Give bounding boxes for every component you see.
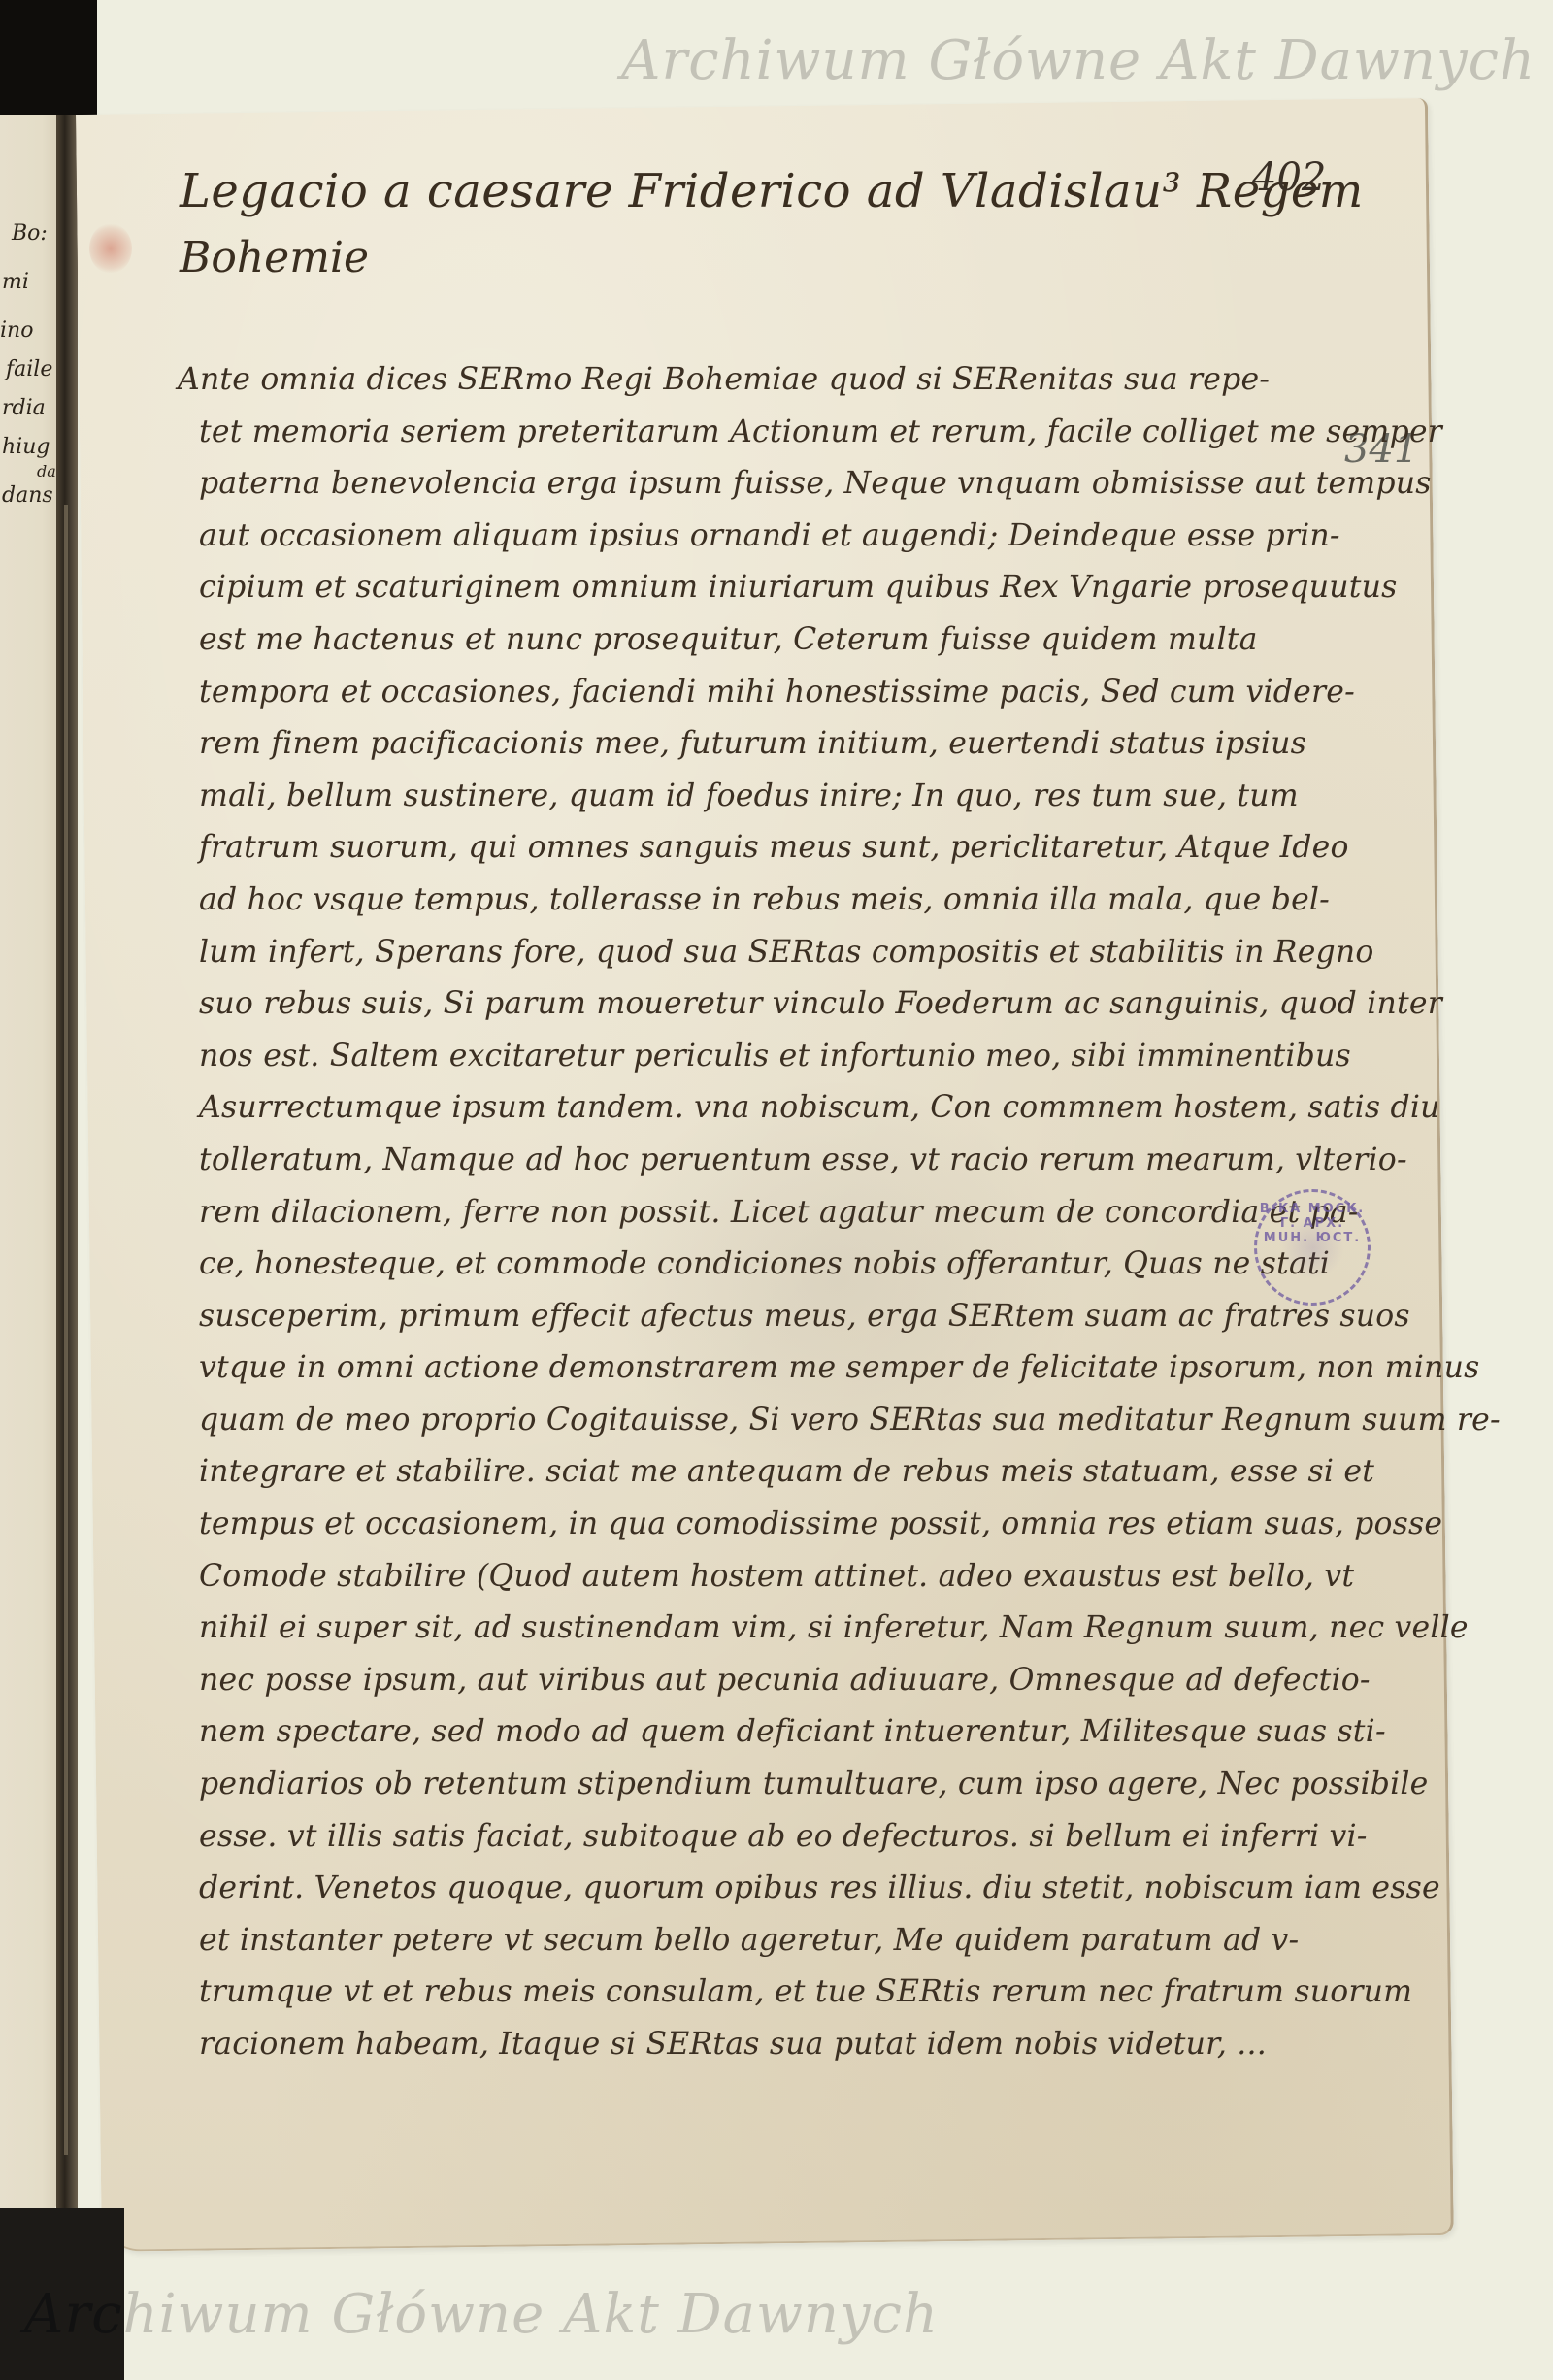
text-line: derint. Venetos quoque, quorum opibus re… (199, 1863, 1267, 1915)
text-line: nos est. Saltem excitaretur periculis et… (199, 1031, 1267, 1083)
text-line: vtque in omni actione demonstrarem me se… (199, 1342, 1267, 1395)
text-line: nec posse ipsum, aut viribus aut pecunia… (199, 1655, 1267, 1707)
text-line: nem spectare, sed modo ad quem deficiant… (199, 1706, 1267, 1759)
margin-fragment: mi (2, 270, 29, 294)
text-line: susceperim, primum effecit afectus meus,… (199, 1291, 1267, 1343)
text-line: pendiarios ob retentum stipendium tumult… (199, 1759, 1267, 1811)
text-line: paterna benevolencia erga ipsum fuisse, … (199, 458, 1267, 511)
stamp-emblem (1281, 1216, 1344, 1279)
text-line: est me hactenus et nunc prosequitur, Cet… (199, 614, 1267, 667)
text-line: Ante omnia dices SERmo Regi Bohemiae quo… (178, 354, 1267, 407)
text-line: esse. vt illis satis faciat, subitoque a… (199, 1811, 1267, 1864)
text-line: tempora et occasiones, faciendi mihi hon… (199, 667, 1267, 719)
text-line: tolleratum, Namque ad hoc peruentum esse… (199, 1135, 1267, 1187)
document-title-continued: Bohemie (180, 233, 369, 282)
margin-fragment: faile (6, 357, 52, 381)
scanner-background-dark (0, 0, 97, 118)
text-line: lum infert, Sperans fore, quod sua SERta… (199, 927, 1267, 979)
text-line: quam de meo proprio Cogitauisse, Si vero… (199, 1395, 1267, 1447)
text-line: tempus et occasionem, in qua comodissime… (199, 1499, 1267, 1551)
text-line: tet memoria seriem preteritarum Actionum… (199, 407, 1267, 459)
previous-page-edge: Bo: mi ino faile rdia hiug da dans (0, 115, 60, 2221)
margin-fragment: hiug (2, 435, 50, 459)
margin-fragment: da (37, 462, 56, 480)
red-ink-stain (89, 223, 132, 274)
watermark-dark-part: Arc (24, 2283, 123, 2346)
archive-watermark-bottom: Archiwum Główne Akt Dawnych (24, 2283, 939, 2346)
text-line: ad hoc vsque tempus, tollerasse in rebus… (199, 875, 1267, 927)
archive-watermark-top: Archiwum Główne Akt Dawnych (621, 29, 1536, 92)
text-line: et instanter petere vt secum bello agere… (199, 1915, 1267, 1967)
margin-fragment: ino (0, 318, 33, 343)
text-line: racionem habeam, Itaque si SERtas sua pu… (199, 2019, 1267, 2071)
text-line: integrare et stabilire. sciat me antequa… (199, 1446, 1267, 1499)
text-line: Comode stabilire (Quod autem hostem atti… (199, 1551, 1267, 1603)
text-line: mali, bellum sustinere, quam id foedus i… (199, 771, 1267, 823)
text-line: trumque vt et rebus meis consulam, et tu… (199, 1967, 1267, 2019)
text-line: ce, honesteque, et commode condiciones n… (199, 1239, 1267, 1291)
text-line: nihil ei super sit, ad sustinendam vim, … (199, 1603, 1267, 1655)
text-line: rem finem pacificacionis mee, futurum in… (199, 718, 1267, 771)
document-title: Legacio a caesare Friderico ad Vladislau… (180, 160, 1364, 222)
binding-thread (64, 505, 68, 2155)
folio-number-ink: 402 (1252, 155, 1326, 200)
text-line: cipium et scaturiginem omnium iniuriarum… (199, 562, 1267, 614)
text-line: aut occasionem aliquam ipsius ornandi et… (199, 511, 1267, 563)
text-line: fratrum suorum, qui omnes sanguis meus s… (199, 822, 1267, 875)
margin-fragment: dans (2, 483, 53, 508)
text-line: suo rebus suis, Si parum moueretur vincu… (199, 978, 1267, 1031)
margin-fragment: Bo: (12, 221, 48, 246)
text-line: rem dilacionem, ferre non possit. Licet … (199, 1187, 1267, 1240)
manuscript-body: Ante omnia dices SERmo Regi Bohemiae quo… (199, 354, 1267, 2071)
watermark-light-part: hiwum Główne Akt Dawnych (123, 2283, 939, 2346)
library-stamp: B-KA MOCK. Г. APX. MUH. ЮСТ. (1254, 1189, 1371, 1306)
margin-fragment: rdia (2, 396, 46, 420)
text-line: Asurrectumque ipsum tandem. vna nobiscum… (199, 1082, 1267, 1135)
